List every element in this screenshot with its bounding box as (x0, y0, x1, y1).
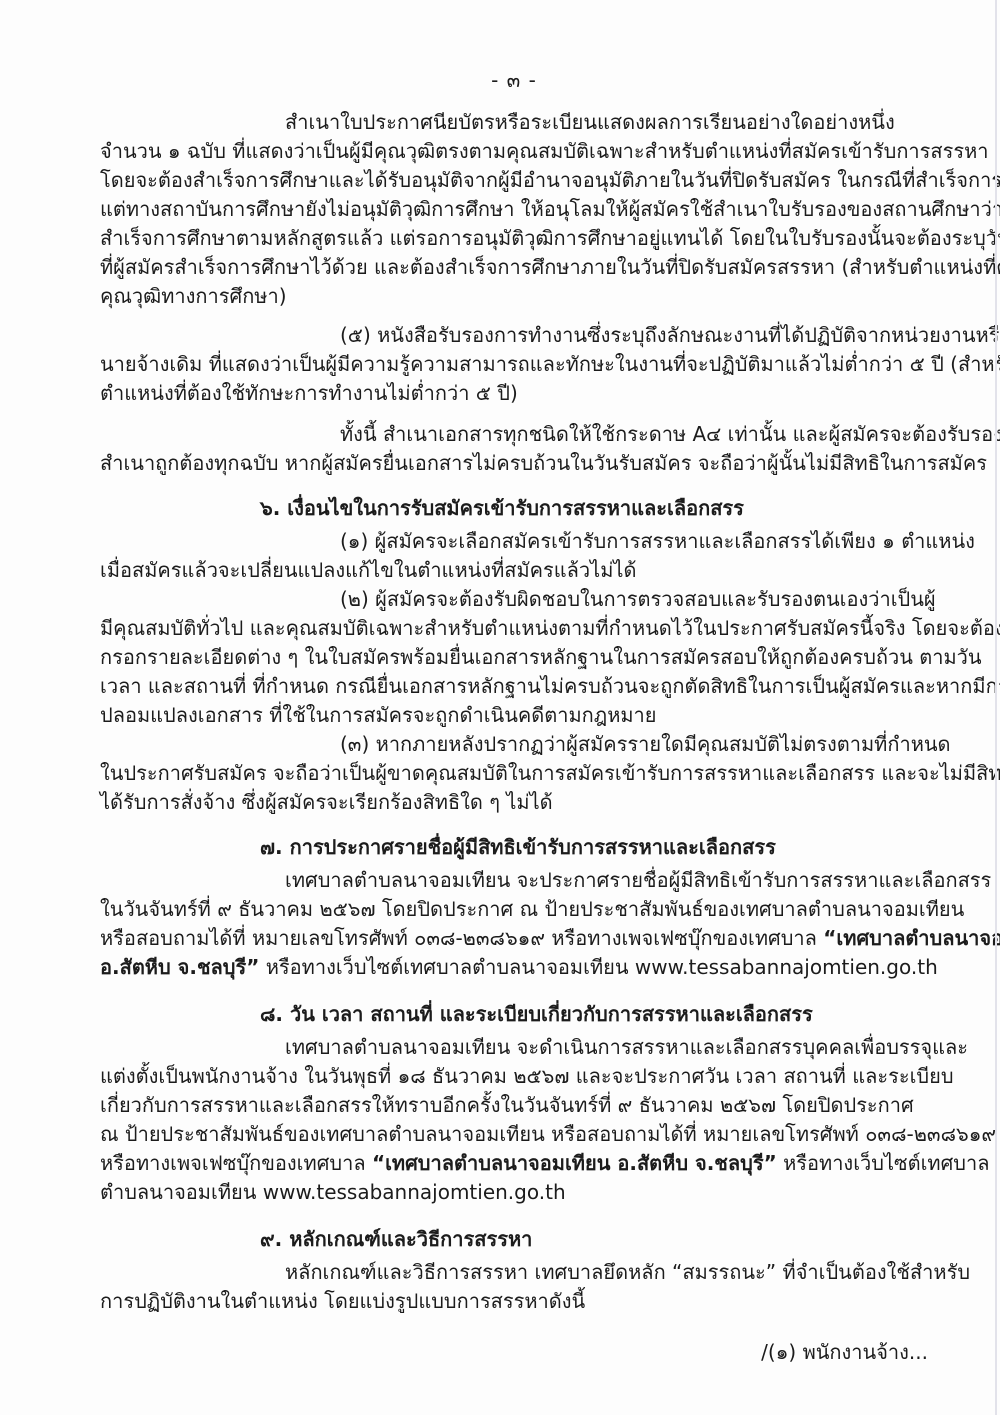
text-line: ในวันจันทร์ที่ ๙ ธันวาคม ๒๕๖๗ โดยปิดประก… (100, 895, 928, 924)
text-line: (๕) หนังสือรับรองการทำงานซึ่งระบุถึงลักษ… (100, 321, 928, 350)
text-line: สำเนาใบประกาศนียบัตรหรือระเบียนแสดงผลการ… (100, 108, 928, 137)
text-line: มีคุณสมบัติทั่วไป และคุณสมบัติเฉพาะสำหรั… (100, 614, 928, 643)
text-segment: หรือทางเว็บไซต์เทศบาลตำบลนาจอมเทียน www.… (259, 955, 937, 979)
text-segment: หรือทางเพจเฟซบุ๊กของเทศบาล (100, 1151, 372, 1175)
bold-text-segment: อ.สัตหีบ จ.ชลบุรี” (100, 955, 259, 979)
continuation-note: /(๑) พนักงานจ้าง... (100, 1338, 928, 1366)
text-line: ที่ผู้สมัครสำเร็จการศึกษาไว้ด้วย และต้อง… (100, 253, 928, 282)
text-segment: (๕) หนังสือรับรองการทำงานซึ่งระบุถึงลักษ… (340, 323, 1000, 347)
text-line: เกี่ยวกับการสรรหาและเลือกสรรให้ทราบอีกคร… (100, 1091, 928, 1120)
text-segment: เวลา และสถานที่ ที่กำหนด กรณียื่นเอกสารห… (100, 674, 1000, 698)
text-segment: ณ ป้ายประชาสัมพันธ์ของเทศบาลตำบลนาจอมเที… (100, 1122, 996, 1146)
bold-text-segment: “เทศบาลตำบลนาจอมเทียน อ.สัตหีบ จ.ชลบุรี” (372, 1151, 777, 1175)
text-segment: ได้รับการสั่งจ้าง ซึ่งผู้สมัครจะเรียกร้อ… (100, 790, 553, 814)
text-line: สำเนาถูกต้องทุกฉบับ หากผู้สมัครยื่นเอกสา… (100, 449, 928, 478)
text-segment: หลักเกณฑ์และวิธีการสรรหา เทศบาลยึดหลัก “… (285, 1260, 970, 1284)
text-segment: เทศบาลตำบลนาจอมเทียน จะดำเนินการสรรหาและ… (285, 1035, 968, 1059)
text-segment: สำเนาใบประกาศนียบัตรหรือระเบียนแสดงผลการ… (285, 110, 895, 134)
text-line: แต่งตั้งเป็นพนักงานจ้าง ในวันพุธที่ ๑๘ ธ… (100, 1062, 928, 1091)
text-segment: (๑) ผู้สมัครจะเลือกสมัครเข้ารับการสรรหาแ… (340, 529, 975, 553)
text-line: หรือสอบถามได้ที่ หมายเลขโทรศัพท์ ๐๓๘-๒๓๘… (100, 924, 928, 953)
text-line: อ.สัตหีบ จ.ชลบุรี” หรือทางเว็บไซต์เทศบาล… (100, 953, 928, 982)
text-segment: เทศบาลตำบลนาจอมเทียน จะประกาศรายชื่อผู้ม… (285, 868, 991, 892)
text-segment: โดยจะต้องสำเร็จการศึกษาและได้รับอนุมัติจ… (100, 168, 1000, 192)
text-segment: คุณวุฒิทางการศึกษา) (100, 284, 287, 308)
scan-edge-line (995, 0, 997, 1415)
bold-text-segment: ๙. หลักเกณฑ์และวิธีการสรรหา (260, 1227, 532, 1251)
text-line: คุณวุฒิทางการศึกษา) (100, 282, 928, 311)
text-line: โดยจะต้องสำเร็จการศึกษาและได้รับอนุมัติจ… (100, 166, 928, 195)
text-line: ตำแหน่งที่ต้องใช้ทักษะการทำงานไม่ต่ำกว่า… (100, 379, 928, 408)
text-line: เทศบาลตำบลนาจอมเทียน จะประกาศรายชื่อผู้ม… (100, 866, 928, 895)
text-segment: ในประกาศรับสมัคร จะถือว่าเป็นผู้ขาดคุณสม… (100, 761, 1000, 785)
text-line: (๓) หากภายหลังปรากฏว่าผู้สมัครรายใดมีคุณ… (100, 730, 928, 759)
text-segment: ทั้งนี้ สำเนาเอกสารทุกชนิดให้ใช้กระดาษ A… (340, 422, 1000, 446)
text-line: (๑) ผู้สมัครจะเลือกสมัครเข้ารับการสรรหาแ… (100, 527, 928, 556)
section-6-heading: ๖. เงื่อนไขในการรับสมัครเข้ารับการสรรหาแ… (100, 494, 928, 523)
text-segment: จำนวน ๑ ฉบับ ที่แสดงว่าเป็นผู้มีคุณวุฒิต… (100, 139, 989, 163)
text-segment: ตำแหน่งที่ต้องใช้ทักษะการทำงานไม่ต่ำกว่า… (100, 381, 518, 405)
section-9-heading: ๙. หลักเกณฑ์และวิธีการสรรหา (100, 1225, 928, 1254)
text-segment: เมื่อสมัครแล้วจะเปลี่ยนแปลงแก้ไขในตำแหน่… (100, 558, 636, 582)
text-line: ณ ป้ายประชาสัมพันธ์ของเทศบาลตำบลนาจอมเที… (100, 1120, 928, 1149)
text-segment: เกี่ยวกับการสรรหาและเลือกสรรให้ทราบอีกคร… (100, 1093, 914, 1117)
scanned-document-page: - ๓ - สำเนาใบประกาศนียบัตรหรือระเบียนแสด… (0, 0, 1000, 1415)
text-line: จำนวน ๑ ฉบับ ที่แสดงว่าเป็นผู้มีคุณวุฒิต… (100, 137, 928, 166)
text-segment: กรอกรายละเอียดต่าง ๆ ในใบสมัครพร้อมยื่นเ… (100, 645, 982, 669)
bold-text-segment: “เทศบาลตำบลนาจอมเทียน (823, 926, 1000, 950)
text-line: แต่ทางสถาบันการศึกษายังไม่อนุมัติวุฒิการ… (100, 195, 928, 224)
bold-text-segment: ๗. การประกาศรายชื่อผู้มีสิทธิเข้ารับการส… (260, 835, 776, 859)
text-line: ได้รับการสั่งจ้าง ซึ่งผู้สมัครจะเรียกร้อ… (100, 788, 928, 817)
text-line: เมื่อสมัครแล้วจะเปลี่ยนแปลงแก้ไขในตำแหน่… (100, 556, 928, 585)
bold-text-segment: ๖. เงื่อนไขในการรับสมัครเข้ารับการสรรหาแ… (260, 496, 744, 520)
text-line: หรือทางเพจเฟซบุ๊กของเทศบาล “เทศบาลตำบลนา… (100, 1149, 928, 1178)
bold-text-segment: ๘. วัน เวลา สถานที่ และระเบียบเกี่ยวกับก… (260, 1002, 813, 1026)
text-line: ทั้งนี้ สำเนาเอกสารทุกชนิดให้ใช้กระดาษ A… (100, 420, 928, 449)
text-segment: ในวันจันทร์ที่ ๙ ธันวาคม ๒๕๖๗ โดยปิดประก… (100, 897, 964, 921)
text-line: ปลอมแปลงเอกสาร ที่ใช้ในการสมัครจะถูกดำเน… (100, 701, 928, 730)
text-line: สำเร็จการศึกษาตามหลักสูตรแล้ว แต่รอการอน… (100, 224, 928, 253)
text-segment: (๒) ผู้สมัครจะต้องรับผิดชอบในการตรวจสอบแ… (340, 587, 936, 611)
text-segment: สำเร็จการศึกษาตามหลักสูตรแล้ว แต่รอการอน… (100, 226, 1000, 250)
text-line: การปฏิบัติงานในตำแหน่ง โดยแบ่งรูปแบบการส… (100, 1287, 928, 1316)
text-segment: ปลอมแปลงเอกสาร ที่ใช้ในการสมัครจะถูกดำเน… (100, 703, 657, 727)
section-7-heading: ๗. การประกาศรายชื่อผู้มีสิทธิเข้ารับการส… (100, 833, 928, 862)
text-segment: นายจ้างเดิม ที่แสดงว่าเป็นผู้มีความรู้คว… (100, 352, 1000, 376)
text-segment: หรือทางเว็บไซต์เทศบาล (777, 1151, 990, 1175)
document-body: สำเนาใบประกาศนียบัตรหรือระเบียนแสดงผลการ… (100, 108, 928, 1316)
text-line: (๒) ผู้สมัครจะต้องรับผิดชอบในการตรวจสอบแ… (100, 585, 928, 614)
text-segment: มีคุณสมบัติทั่วไป และคุณสมบัติเฉพาะสำหรั… (100, 616, 1000, 640)
section-8-heading: ๘. วัน เวลา สถานที่ และระเบียบเกี่ยวกับก… (100, 1000, 928, 1029)
text-line: ตำบลนาจอมเทียน www.tessabannajomtien.go.… (100, 1178, 928, 1207)
text-line: นายจ้างเดิม ที่แสดงว่าเป็นผู้มีความรู้คว… (100, 350, 928, 379)
text-line: เทศบาลตำบลนาจอมเทียน จะดำเนินการสรรหาและ… (100, 1033, 928, 1062)
text-segment: หรือสอบถามได้ที่ หมายเลขโทรศัพท์ ๐๓๘-๒๓๘… (100, 926, 823, 950)
text-segment: แต่งตั้งเป็นพนักงานจ้าง ในวันพุธที่ ๑๘ ธ… (100, 1064, 954, 1088)
text-segment: ตำบลนาจอมเทียน www.tessabannajomtien.go.… (100, 1180, 566, 1204)
text-segment: การปฏิบัติงานในตำแหน่ง โดยแบ่งรูปแบบการส… (100, 1289, 585, 1313)
text-line: กรอกรายละเอียดต่าง ๆ ในใบสมัครพร้อมยื่นเ… (100, 643, 928, 672)
text-segment: สำเนาถูกต้องทุกฉบับ หากผู้สมัครยื่นเอกสา… (100, 451, 987, 475)
text-segment: แต่ทางสถาบันการศึกษายังไม่อนุมัติวุฒิการ… (100, 197, 1000, 221)
text-line: ในประกาศรับสมัคร จะถือว่าเป็นผู้ขาดคุณสม… (100, 759, 928, 788)
text-segment: ที่ผู้สมัครสำเร็จการศึกษาไว้ด้วย และต้อง… (100, 255, 1000, 279)
page-number: - ๓ - (100, 66, 928, 94)
text-line: เวลา และสถานที่ ที่กำหนด กรณียื่นเอกสารห… (100, 672, 928, 701)
text-line: หลักเกณฑ์และวิธีการสรรหา เทศบาลยึดหลัก “… (100, 1258, 928, 1287)
text-segment: (๓) หากภายหลังปรากฏว่าผู้สมัครรายใดมีคุณ… (340, 732, 951, 756)
